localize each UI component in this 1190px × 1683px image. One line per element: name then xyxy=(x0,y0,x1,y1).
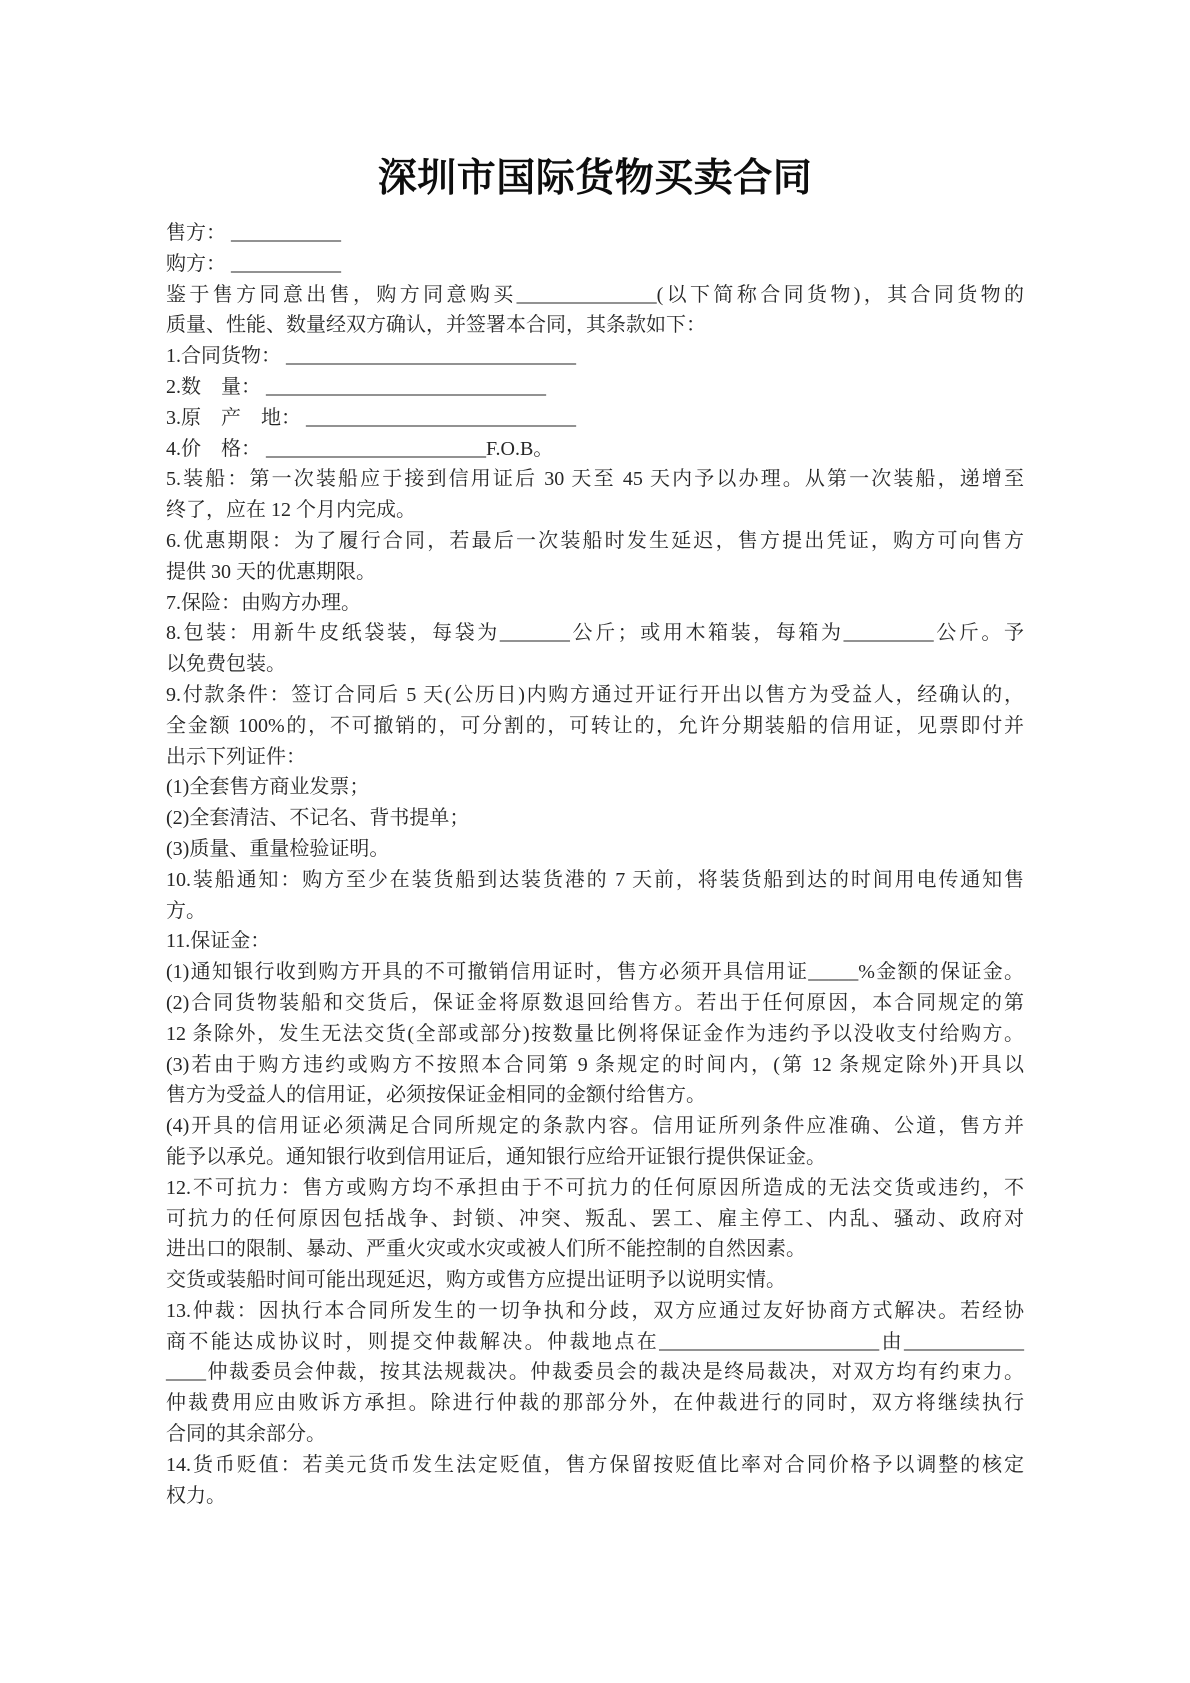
text-line: ____仲裁委员会仲裁，按其法规裁决。仲裁委员会的裁决是终局裁决，对双方均有约束… xyxy=(166,1357,1024,1388)
text-line: (3)质量、重量检验证明。 xyxy=(166,834,1024,865)
text-line: 13.仲裁：因执行本合同所发生的一切争执和分歧，双方应通过友好协商方式解决。若经… xyxy=(166,1296,1024,1327)
text-line: 9.付款条件：签订合同后 5 天(公历日)内购方通过开证行开出以售方为受益人，经… xyxy=(166,680,1024,711)
text-line: 提供 30 天的优惠期限。 xyxy=(166,557,1024,588)
document-body: 售方： ___________购方： ___________鉴于售方同意出售，购… xyxy=(166,218,1024,1511)
text-line: 1.合同货物： _____________________________ xyxy=(166,341,1024,372)
text-line: 2.数 量： ____________________________ xyxy=(166,372,1024,403)
text-line: 终了，应在 12 个月内完成。 xyxy=(166,495,1024,526)
text-line: 鉴于售方同意出售，购方同意购买______________(以下简称合同货物)，… xyxy=(166,280,1024,311)
contract-page: 深圳市国际货物买卖合同 售方： ___________购方： _________… xyxy=(0,0,1190,1683)
text-line: (1)通知银行收到购方开具的不可撤销信用证时，售方必须开具信用证_____%金额… xyxy=(166,957,1024,988)
text-line: 以免费包装。 xyxy=(166,649,1024,680)
text-line: 14.货币贬值：若美元货币发生法定贬值，售方保留按贬值比率对合同价格予以调整的核… xyxy=(166,1450,1024,1481)
text-line: 4.价 格： ______________________F.O.B。 xyxy=(166,434,1024,465)
text-line: 全金额 100%的，不可撤销的，可分割的，可转让的，允许分期装船的信用证，见票即… xyxy=(166,711,1024,742)
document-title: 深圳市国际货物买卖合同 xyxy=(0,0,1190,208)
text-line: 进出口的限制、暴动、严重火灾或水灾或被人们所不能控制的自然因素。 xyxy=(166,1234,1024,1265)
text-line: 仲裁费用应由败诉方承担。除进行仲裁的那部分外，在仲裁进行的同时，双方将继续执行 xyxy=(166,1388,1024,1419)
text-line: 10.装船通知：购方至少在装货船到达装货港的 7 天前，将装货船到达的时间用电传… xyxy=(166,865,1024,896)
text-line: 7.保险：由购方办理。 xyxy=(166,588,1024,619)
text-line: 售方为受益人的信用证，必须按保证金相同的金额付给售方。 xyxy=(166,1080,1024,1111)
text-line: 合同的其余部分。 xyxy=(166,1419,1024,1450)
text-line: 6.优惠期限：为了履行合同，若最后一次装船时发生延迟，售方提出凭证，购方可向售方 xyxy=(166,526,1024,557)
text-line: (1)全套售方商业发票； xyxy=(166,772,1024,803)
text-line: 可抗力的任何原因包括战争、封锁、冲突、叛乱、罢工、雇主停工、内乱、骚动、政府对 xyxy=(166,1204,1024,1235)
text-line: (2)合同货物装船和交货后，保证金将原数退回给售方。若出于任何原因，本合同规定的… xyxy=(166,988,1024,1019)
text-line: 5.装船：第一次装船应于接到信用证后 30 天至 45 天内予以办理。从第一次装… xyxy=(166,464,1024,495)
text-line: 购方： ___________ xyxy=(166,249,1024,280)
text-line: 12.不可抗力：售方或购方均不承担由于不可抗力的任何原因所造成的无法交货或违约，… xyxy=(166,1173,1024,1204)
text-line: (3)若由于购方违约或购方不按照本合同第 9 条规定的时间内，(第 12 条规定… xyxy=(166,1050,1024,1081)
text-line: 质量、性能、数量经双方确认，并签署本合同，其条款如下： xyxy=(166,310,1024,341)
text-line: (4)开具的信用证必须满足合同所规定的条款内容。信用证所列条件应准确、公道，售方… xyxy=(166,1111,1024,1142)
text-line: 能予以承兑。通知银行收到信用证后，通知银行应给开证银行提供保证金。 xyxy=(166,1142,1024,1173)
text-line: 8.包装：用新牛皮纸袋装，每袋为_______公斤；或用木箱装，每箱为_____… xyxy=(166,618,1024,649)
text-line: 12 条除外，发生无法交货(全部或部分)按数量比例将保证金作为违约予以没收支付给… xyxy=(166,1019,1024,1050)
text-line: 11.保证金： xyxy=(166,926,1024,957)
text-line: 方。 xyxy=(166,896,1024,927)
text-line: (2)全套清洁、不记名、背书提单； xyxy=(166,803,1024,834)
text-line: 出示下列证件： xyxy=(166,742,1024,773)
text-line: 3.原 产 地： ___________________________ xyxy=(166,403,1024,434)
text-line: 商不能达成协议时，则提交仲裁解决。仲裁地点在__________________… xyxy=(166,1327,1024,1358)
text-line: 售方： ___________ xyxy=(166,218,1024,249)
text-line: 权力。 xyxy=(166,1481,1024,1512)
text-line: 交货或装船时间可能出现延迟，购方或售方应提出证明予以说明实情。 xyxy=(166,1265,1024,1296)
